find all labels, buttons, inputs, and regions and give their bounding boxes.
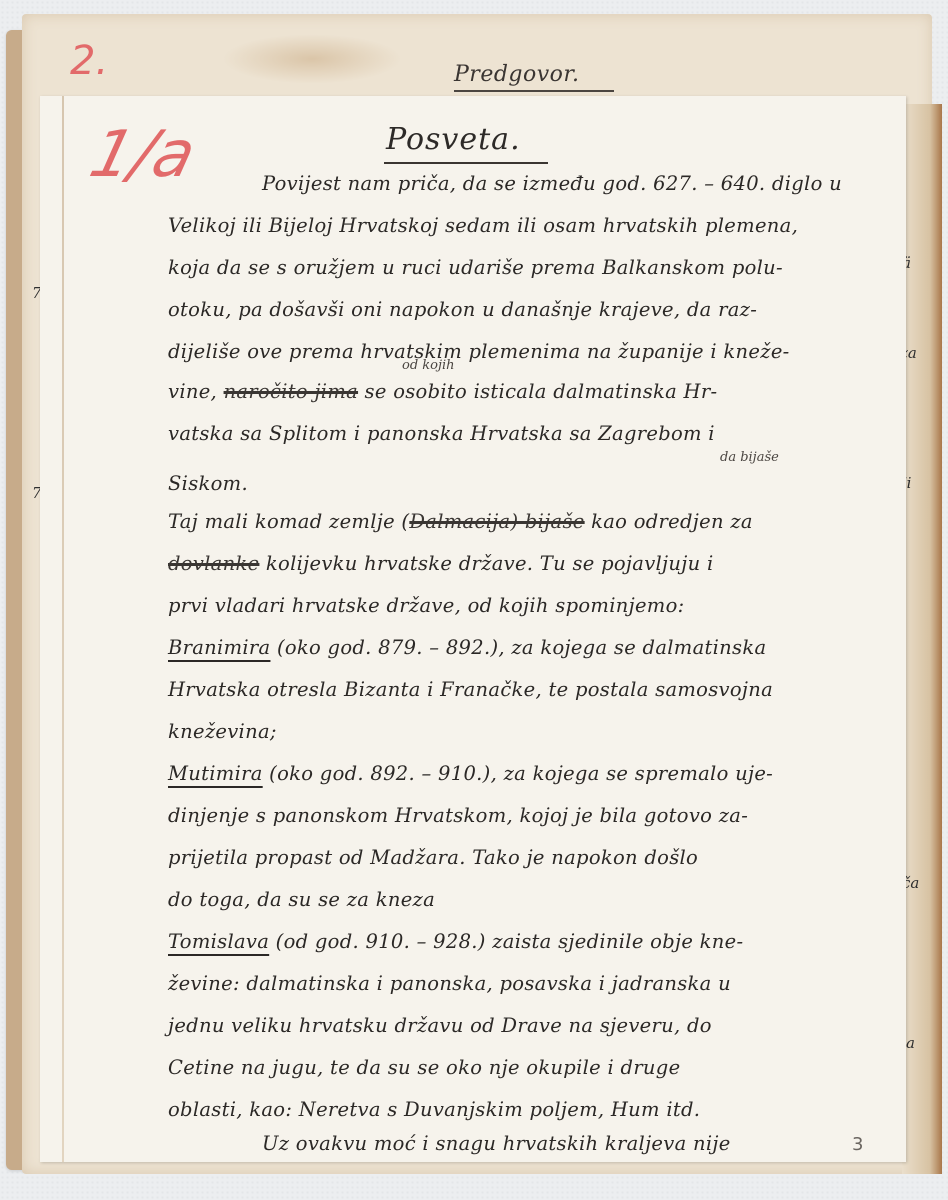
text-line: Taj mali komad zemlje (Dalmacija) bijaše…	[168, 510, 898, 533]
text-line: oblasti, kao: Neretva s Duvanjskim polje…	[168, 1098, 898, 1121]
text-line: kneževina;	[168, 720, 898, 743]
text-line: Hrvatska otresla Bizanta i Franačke, te …	[168, 678, 898, 701]
page-title-underline	[384, 162, 548, 164]
text-line: vine, naročito jima se osobito isticala …	[168, 380, 898, 403]
text-segment: se osobito isticala dalmatinska Hr-	[358, 380, 717, 403]
sheet-fold	[62, 96, 64, 1162]
ruler-name: Branimira	[168, 636, 270, 659]
text-segment: vine,	[168, 380, 224, 403]
bleed-text: a	[906, 1034, 915, 1052]
text-line: Tomislava (od god. 910. – 928.) zaista s…	[168, 930, 898, 953]
text-segment: kao odredjen za	[585, 510, 753, 533]
text-line: Siskom.	[168, 472, 898, 495]
text-line: dijeliše ove prema hrvatskim plemenima n…	[168, 340, 898, 363]
text-line: Povijest nam priča, da se između god. 62…	[262, 172, 948, 195]
text-line: vatska sa Splitom i panonska Hrvatska sa…	[168, 422, 898, 445]
text-line: Uz ovakvu moć i snagu hrvatskih kraljeva…	[262, 1132, 948, 1155]
ruler-name: Mutimira	[168, 762, 263, 785]
back-heading-underline	[454, 90, 614, 92]
text-line: Branimira (oko god. 879. – 892.), za koj…	[168, 636, 898, 659]
text-line: ževine: dalmatinska i panonska, posavska…	[168, 972, 898, 995]
text-line: jednu veliku hrvatsku državu od Drave na…	[168, 1014, 898, 1037]
text-segment: kolijevku hrvatske države. Tu se pojavlj…	[259, 552, 713, 575]
ruler-name: Tomislava	[168, 930, 269, 953]
text-line: Velikoj ili Bijeloj Hrvatskoj sedam ili …	[168, 214, 898, 237]
struck-text: dovlanke	[168, 552, 259, 575]
text-line: koja da se s oružjem u ruci udariše prem…	[168, 256, 898, 279]
sheet-mark: 1/a	[83, 118, 203, 192]
interlinear-insert: od kojih	[402, 358, 455, 373]
struck-text: Dalmacija) bijaše	[409, 510, 584, 533]
folio-number: 3	[852, 1134, 863, 1155]
back-heading: Predgovor.	[454, 62, 580, 87]
water-stain	[222, 34, 402, 84]
text-segment: (od god. 910. – 928.) zaista sjedinile o…	[269, 930, 743, 953]
front-sheet: 1/a Posveta. Povijest nam priča, da se i…	[40, 96, 906, 1162]
text-line: do toga, da su se za kneza	[168, 888, 898, 911]
text-line: Cetine na jugu, te da su se oko nje okup…	[168, 1056, 898, 1079]
text-line: dinjenje s panonskom Hrvatskom, kojoj je…	[168, 804, 898, 827]
struck-text: naročito jima	[224, 380, 358, 403]
text-line: Mutimira (oko god. 892. – 910.), za koje…	[168, 762, 898, 785]
text-segment: Taj mali komad zemlje (	[168, 510, 409, 533]
text-line: dovlanke kolijevku hrvatske države. Tu s…	[168, 552, 898, 575]
text-line: prvi vladari hrvatske države, od kojih s…	[168, 594, 898, 617]
text-segment: (oko god. 892. – 910.), za kojega se spr…	[263, 762, 773, 785]
text-line: otoku, pa došavši oni napokon u današnje…	[168, 298, 898, 321]
page-title: Posveta.	[386, 122, 521, 157]
text-line: prijetila propast od Madžara. Tako je na…	[168, 846, 898, 869]
back-page-number: 2.	[70, 38, 108, 84]
interlinear-insert: da bijaše	[720, 450, 779, 465]
text-segment: (oko god. 879. – 892.), za kojega se dal…	[270, 636, 766, 659]
